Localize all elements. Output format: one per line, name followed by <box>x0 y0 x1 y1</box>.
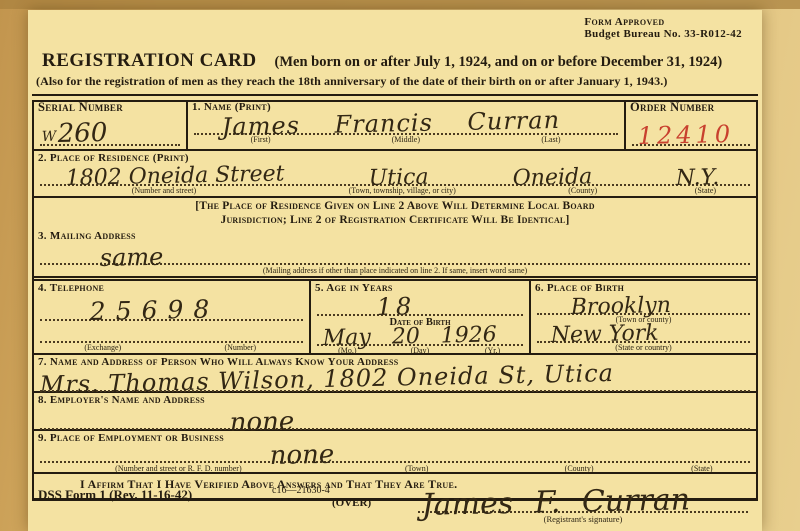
mailing-address-writeline: same <box>40 243 750 265</box>
employment-place-label: 9. Place of Employment or Business <box>34 431 756 445</box>
serial-number-cell: Serial Number W 260 <box>34 100 188 149</box>
birthplace-state-value: New York <box>551 323 659 347</box>
card-title-line: REGISTRATION CARD (Men born on or after … <box>42 50 754 72</box>
registration-card: Form Approved Budget Bureau No. 33-R012-… <box>28 10 762 531</box>
local-board-note-line1: [The Place of Residence Given on Line 2 … <box>34 199 756 213</box>
row-contact-person: 7. Name and Address of Person Who Will A… <box>34 355 756 393</box>
employment-sub-county: (County) <box>511 464 648 474</box>
employment-sub-state: (State) <box>648 464 756 474</box>
employer-writeline: none <box>40 407 750 430</box>
age-birthdate-cell: 5. Age in Years 18 Date of Birth May 20 … <box>311 281 529 353</box>
serial-number-writeline: W 260 <box>40 114 180 146</box>
age-writeline: 18 <box>317 295 523 316</box>
residence-label: 2. Place of Residence (Print) <box>34 151 756 165</box>
order-number-value: 12410 <box>637 122 734 148</box>
telephone-sub-number: (Number) <box>172 343 310 353</box>
row-employment-place: 9. Place of Employment or Business none … <box>34 431 756 474</box>
budget-bureau-number: Budget Bureau No. 33-R012-42 <box>584 28 742 40</box>
name-cell: 1. Name (Print) James Francis Curran (Fi… <box>188 100 624 149</box>
residence-street-value: 1802 Oneida Street <box>66 163 285 190</box>
mailing-address-value: same <box>99 245 163 270</box>
telephone-cell: 4. Telephone 25698 (Exchange) (Number) <box>34 281 311 353</box>
birthplace-cell: 6. Place of Birth Brooklyn (Town or coun… <box>529 281 756 353</box>
card-title-note: (Men born on or after July 1, 1924, and … <box>275 54 723 70</box>
order-number-cell: Order Number 12410 <box>624 100 756 149</box>
form-id: DSS Form 1 (Rev. 11-16-42) <box>38 487 192 503</box>
telephone-blank-writeline <box>40 323 303 343</box>
birthdate-value: May 20 1926 <box>323 324 497 350</box>
card-footer: DSS Form 1 (Rev. 11-16-42) c16—21630-4 (… <box>32 477 758 531</box>
serial-number-value: 260 <box>58 120 108 147</box>
over-note: (OVER) <box>332 497 371 509</box>
name-sub-last: (Last) <box>478 135 623 145</box>
card-title: REGISTRATION CARD <box>42 50 257 71</box>
name-writeline: James Francis Curran <box>194 114 618 135</box>
age-label: 5. Age in Years <box>311 281 529 295</box>
telephone-value: 25698 <box>89 297 219 325</box>
employment-place-writeline: none <box>40 445 750 463</box>
birthplace-town-writeline: Brooklyn <box>537 295 750 315</box>
residence-writeline: 1802 Oneida Street Utica Oneida N.Y. <box>40 165 750 186</box>
order-number-label: Order Number <box>626 100 756 114</box>
form-table: Serial Number W 260 1. Name (Print) Jame… <box>32 100 758 501</box>
employer-label: 8. Employer's Name and Address <box>34 393 756 407</box>
signature-block: James F. Curran (Registrant's signature) <box>418 477 748 524</box>
print-code: c16—21630-4 <box>272 485 330 496</box>
serial-number-label: Serial Number <box>34 100 186 114</box>
birthplace-state-writeline: New York <box>537 325 750 343</box>
birthplace-town-value: Brooklyn <box>571 295 672 319</box>
registrant-signature-value: James F. Curran <box>417 485 690 521</box>
local-board-note: [The Place of Residence Given on Line 2 … <box>34 198 756 229</box>
row-serial-name-order: Serial Number W 260 1. Name (Print) Jame… <box>34 100 756 151</box>
telephone-writeline: 25698 <box>40 295 303 321</box>
mailing-address-label: 3. Mailing Address <box>34 229 756 243</box>
card-subtitle-note: (Also for the registration of men as the… <box>36 74 756 89</box>
residence-city-value: Utica <box>368 167 428 190</box>
order-number-writeline: 12410 <box>632 114 750 146</box>
scan-edge-shadow <box>0 0 800 9</box>
telephone-sub-exchange: (Exchange) <box>34 343 172 353</box>
row-employer: 8. Employer's Name and Address none <box>34 393 756 431</box>
residence-state-value: N.Y. <box>676 167 720 190</box>
row-mailing-address: 3. Mailing Address same (Mailing address… <box>34 229 756 281</box>
local-board-note-line2: Jurisdiction; Line 2 of Registration Cer… <box>34 213 756 227</box>
telephone-label: 4. Telephone <box>34 281 309 295</box>
employment-sub-town: (Town) <box>323 464 511 474</box>
name-value: James Francis Curran <box>221 108 560 139</box>
signature-writeline: James F. Curran <box>418 477 748 513</box>
employment-place-value: none <box>269 442 334 469</box>
contact-person-writeline: Mrs. Thomas Wilson, 1802 Oneida St, Utic… <box>40 369 750 392</box>
row-telephone-age-birth: 4. Telephone 25698 (Exchange) (Number) 5… <box>34 281 756 355</box>
scanned-registration-card: Form Approved Budget Bureau No. 33-R012-… <box>0 0 800 531</box>
age-value: 18 <box>376 294 415 319</box>
row-residence: 2. Place of Residence (Print) 1802 Oneid… <box>34 151 756 198</box>
birthdate-writeline: May 20 1926 <box>317 328 523 346</box>
serial-prefix-value: W <box>42 130 57 144</box>
telephone-sublabels: (Exchange) (Number) <box>34 343 309 353</box>
form-approved-line1: Form Approved <box>584 16 742 28</box>
residence-county-value: Oneida <box>512 166 592 190</box>
form-approved-block: Form Approved Budget Bureau No. 33-R012-… <box>584 16 742 40</box>
employment-sublabels: (Number and street or R. F. D. number) (… <box>34 464 756 474</box>
